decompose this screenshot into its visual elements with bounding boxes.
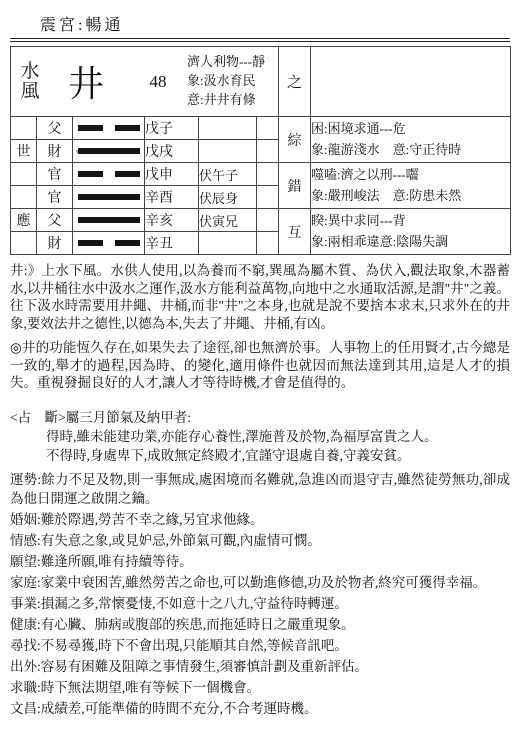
hexagram-xiang: 象:汲水育民 — [187, 72, 265, 91]
yao-relation: 官 — [37, 186, 73, 209]
paragraph-jing-judgement: 井:》上水下風。水供人使用,以為養而不窮,巽風為屬木質、為伏入,觀法取象,木器蓄… — [10, 262, 510, 332]
aspect-job: 求職:時下無法期望,唯有等候下一個機會。 — [10, 678, 510, 697]
related-hu-line2: 象:兩相乖違意:陰陽失調 — [311, 232, 510, 252]
related-label-zong: 綜 — [279, 117, 311, 163]
yao-marker — [11, 232, 37, 255]
aspect-travel: 出外:容易有困難及阻障之事情發生,須審慎計劃及重新評估。 — [10, 657, 510, 676]
yao-line — [73, 209, 145, 232]
aspect-romance: 情感:有失意之象,或見妒忌,外節氣可觀,內虛情可憫。 — [10, 531, 510, 550]
yin-line-bar — [115, 171, 140, 177]
yao-stem: 戊申 — [145, 163, 199, 186]
related-zong-line1: 困:困境求通---危 — [311, 119, 510, 139]
aspect-wish: 願望:難逢所願,唯有持續等待。 — [10, 552, 510, 571]
empty-cell — [257, 232, 279, 255]
hexagram-yi: 意:井井有條 — [187, 91, 265, 110]
yao-marker: 世 — [11, 140, 37, 163]
empty-cell — [257, 186, 279, 209]
yao-relation: 財 — [37, 232, 73, 255]
related-text-hu: 睽:異中求同---背 象:兩相乖違意:陰陽失調 — [311, 209, 511, 255]
aspect-health: 健康:有心臟、肺病或腹部的疾患,而拖延時日之嚴重現象。 — [10, 615, 510, 634]
yao-marker — [11, 163, 37, 186]
divination-title: <占 斷>屬三月節氣及納甲者: — [10, 408, 510, 427]
zhi-target-cell — [311, 47, 511, 117]
related-label-cuo: 錯 — [279, 163, 311, 209]
yao-relation: 官 — [37, 163, 73, 186]
related-cuo-line1: 噬嗑:濟之以刑---囓 — [311, 165, 510, 185]
divination-line-untimely: 不得時,身處卑下,成敗無定終殿才,宜謹守退處自養,守義安貧。 — [10, 446, 510, 465]
hexagram-number: 48 — [143, 72, 173, 92]
hexagram-description: 濟人利物---靜 象:汲水育民 意:井井有條 — [187, 53, 265, 110]
hexagram-name: 井 — [57, 56, 115, 107]
yao-marker: 應 — [11, 209, 37, 232]
yao-line — [73, 163, 145, 186]
yao-hidden — [199, 140, 257, 163]
divination-line-timely: 得時,雖未能建功業,亦能存心養性,澤施普及於物,為福厚富貴之人。 — [10, 427, 510, 446]
palace-header: 震宮:暢通 — [40, 12, 510, 35]
zhi-label-cell: 之 — [279, 47, 311, 117]
body-text: 井:》上水下風。水供人使用,以為養而不窮,巽風為屬木質、為伏入,觀法取象,木器蓄… — [10, 262, 510, 718]
yao-hidden: 伏午子 — [199, 163, 257, 186]
trigram-stack: 水 風 — [17, 62, 43, 102]
yao-stem: 辛丑 — [145, 232, 199, 255]
yao-hidden: 伏寅兄 — [199, 209, 257, 232]
yao-line: ≠ — [73, 140, 145, 163]
document-page: 震宮:暢通 水 風 井 48 濟人利物---靜 象:汲水育民 意:井井 — [0, 0, 520, 751]
yao-stem: 戊子 — [145, 117, 199, 140]
yang-line-bar — [78, 148, 140, 154]
empty-cell — [257, 117, 279, 140]
yang-line-bar — [78, 217, 140, 223]
yao-hidden — [199, 232, 257, 255]
aspect-exam: 文昌:成績差,可能準備的時間不充分,不合考運時機。 — [10, 699, 510, 718]
aspect-family: 家庭:家業中衰困苦,雖然勞苦之命也,可以勤進修德,功及於物者,終究可獲得幸福。 — [10, 573, 510, 592]
yao-marker — [11, 117, 37, 140]
yin-line-bar — [115, 125, 140, 131]
paragraph-commentary: ◎井的功能恆久存在,如果失去了途徑,卻也無濟於事。人事物上的任用賢才,古今總是一… — [10, 339, 510, 392]
aspect-list: 運勢:餘力不足及物,則一事無成,處困境而名難就,急進凶而退守吉,雖然徒勞無功,卻… — [10, 470, 510, 718]
yao-marker — [11, 186, 37, 209]
double-rule-divider — [10, 38, 510, 42]
yin-line-bar — [115, 240, 140, 246]
aspect-marriage: 婚姻:難於際遇,勞苦不幸之緣,另宜求他緣。 — [10, 510, 510, 529]
empty-cell — [257, 163, 279, 186]
yao-line — [73, 117, 145, 140]
shi-yao-flag-mark: ≠ — [76, 146, 81, 156]
hexagram-motto: 濟人利物---靜 — [187, 53, 265, 72]
yao-relation: 財 — [37, 140, 73, 163]
hexagram-table: 水 風 井 48 濟人利物---靜 象:汲水育民 意:井井有條 之 父 — [10, 46, 511, 255]
yao-line — [73, 186, 145, 209]
empty-cell — [257, 209, 279, 232]
trigram-top: 水 — [17, 62, 43, 82]
yin-line-bar — [78, 125, 103, 131]
trigram-bottom: 風 — [17, 82, 43, 102]
related-text-cuo: 噬嗑:濟之以刑---囓 象:嚴刑峻法 意:防患未然 — [311, 163, 511, 209]
yin-line-bar — [78, 240, 103, 246]
empty-cell — [257, 140, 279, 163]
related-zong-line2: 象:龍游淺水 意:守正待時 — [311, 140, 510, 160]
related-cuo-line2: 象:嚴刑峻法 意:防患未然 — [311, 186, 510, 206]
yao-relation: 父 — [37, 117, 73, 140]
related-hu-line1: 睽:異中求同---背 — [311, 211, 510, 231]
yao-stem: 戊戌 — [145, 140, 199, 163]
related-label-hu: 互 — [279, 209, 311, 255]
yao-stem: 辛亥 — [145, 209, 199, 232]
hexagram-header-cell: 水 風 井 48 濟人利物---靜 象:汲水育民 意:井井有條 — [11, 47, 279, 117]
yin-line-bar — [78, 171, 103, 177]
yao-hidden — [199, 117, 257, 140]
yao-line — [73, 232, 145, 255]
yang-line-bar — [78, 194, 140, 200]
aspect-search: 尋找:不易尋獲,時下不會出現,只能順其自然,等候音訊吧。 — [10, 636, 510, 655]
divination-section: <占 斷>屬三月節氣及納甲者: 得時,雖未能建功業,亦能存心養性,澤施普及於物,… — [10, 408, 510, 465]
yao-relation: 父 — [37, 209, 73, 232]
yao-stem: 辛酉 — [145, 186, 199, 209]
related-text-zong: 困:困境求通---危 象:龍游淺水 意:守正待時 — [311, 117, 511, 163]
aspect-career: 事業:損漏之多,常懷憂悽,不如意十之八九,守益待時轉運。 — [10, 594, 510, 613]
aspect-fortune: 運勢:餘力不足及物,則一事無成,處困境而名難就,急進凶而退守吉,雖然徒勞無功,卻… — [10, 470, 510, 508]
yao-hidden: 伏辰身 — [199, 186, 257, 209]
